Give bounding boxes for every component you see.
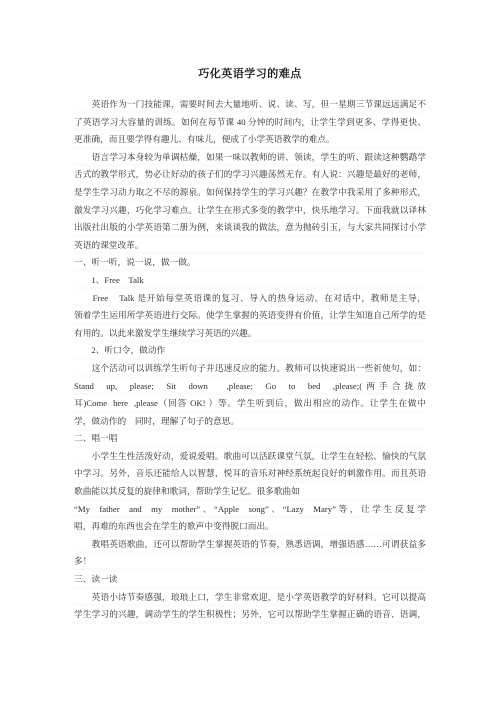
text-line: 三、读一读 — [74, 571, 426, 589]
text-line: 二、唱一唱 — [74, 430, 426, 448]
text-line: Free Talk 是开始每堂英语课的复习、导入的热身运动。在对话中，教师是主导… — [74, 290, 426, 308]
text-line: 语言学习本身较为单调枯燥，如果一味以教师的讲、领读，学生的听、跟读这种鹦鹉学 — [74, 149, 426, 167]
text-line: 学生学习的兴趣，调动学生的学生积极性；另外，它可以帮助学生掌握正确的语音、语调， — [74, 606, 426, 624]
text-line: 是学生学习动力取之不尽的源泉。如何保持学生的学习兴趣？在教学中我采用了多种形式， — [74, 184, 426, 202]
text-line: 英语的课堂改革。 — [74, 237, 426, 255]
text-line: 小学生生性活泼好动，爱说爱唱。歌曲可以活跃课堂气氛，让学生在轻松、愉快的气氛 — [74, 448, 426, 466]
text-line: 英语小诗节奏感强，琅琅上口，学生非常欢迎，是小学英语教学的好材料。它可以提高 — [74, 589, 426, 607]
text-line: 了英语学习大容量的训练。如何在每节课 40 分钟的时间内，让学生学到更多、学得更… — [74, 114, 426, 132]
text-line: 领着学生运用所学英语进行交际。使学生掌握的英语变得有价值，让学生知道自己所学的是 — [74, 307, 426, 325]
text-line: 学，做动作的 同时，理解了句子的意思。 — [74, 413, 426, 431]
text-line: 激发学习兴趣，巧化学习难点。让学生在形式多变的教学中，快乐地学习。下面我就以译林 — [74, 202, 426, 220]
text-line: 2、听口令，做动作 — [74, 342, 426, 360]
document-body: 英语作为一门技能课，需要时间去大量地听、说、读、写，但一星期三节课远远满足不了英… — [74, 96, 426, 624]
text-line: 1、Free Talk — [74, 272, 426, 290]
text-line: 出版社出版的小学英语第二册为例，来谈谈我的做法，意为抛砖引玉，与大家共同探讨小学 — [74, 219, 426, 237]
text-line: 歌曲能以其反复的旋律和歌词，帮助学生记忆。很多歌曲如 — [74, 483, 426, 501]
text-line: 这个活动可以训练学生听句子并迅速反应的能力。教师可以快速说出一些祈使句，如： — [74, 360, 426, 378]
text-line: 一、听一听，说一说，做一做。 — [74, 254, 426, 272]
document-page: 巧化英语学习的难点 英语作为一门技能课，需要时间去大量地听、说、读、写，但一星期… — [0, 0, 500, 707]
text-line: 多！ — [74, 553, 426, 571]
text-line: 中学习。另外，音乐还能给人以智慧，悦耳的音乐对神经系统起良好的刺激作用。而且英语 — [74, 465, 426, 483]
text-line: Stand up, please; Sit down ,please; Go t… — [74, 378, 426, 396]
text-line: 更准确，而且要学得有趣儿、有味儿，便成了小学英语教学的难点。 — [74, 131, 426, 149]
text-line: “My father and my mother”、“Apple song”、“… — [74, 501, 426, 519]
text-line: 英语作为一门技能课，需要时间去大量地听、说、读、写，但一星期三节课远远满足不 — [74, 96, 426, 114]
text-line: 耳)Come here ,please（回答 OK! ）等。学生听到后，做出相应… — [74, 395, 426, 413]
text-line: 舌式的教学形式，势必让好动的孩子们的学习兴趣荡然无存。有人说：兴趣是最好的老师， — [74, 166, 426, 184]
text-line: 有用的。以此来激发学生继续学习英语的兴趣。 — [74, 325, 426, 343]
text-line: 教唱英语歌曲，还可以帮助学生掌握英语的节奏，熟悉语调，增强语感……可谓获益多 — [74, 536, 426, 554]
document-title: 巧化英语学习的难点 — [74, 66, 426, 83]
text-line: 唱，再难的东西也会在学生的歌声中变得脱口而出。 — [74, 518, 426, 536]
